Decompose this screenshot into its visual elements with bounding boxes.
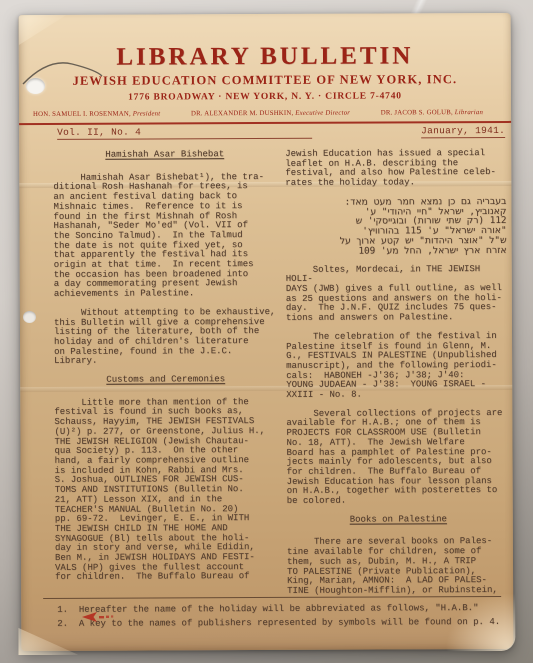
masthead: LIBRARY BULLETIN JEWISH EDUCATION COMMIT… (19, 13, 511, 103)
section-heading-customs: Customs and Ceremonies (54, 375, 277, 386)
right-column: Jewish Education has issued a special le… (285, 149, 510, 606)
bulletin-title: LIBRARY BULLETIN (19, 43, 511, 71)
section-heading-books: Books on Palestine (287, 515, 510, 526)
address-line: 1776 BROADWAY · NEW YORK, N. Y. · CIRCLE… (19, 91, 511, 103)
officer-name: DR. ALEXANDER M. DUSHKIN, (191, 110, 295, 117)
issue-line: Vol. II, No. 4 January, 1941. (57, 125, 505, 140)
footnote-2: 2. A key to the names of publishers repr… (57, 615, 503, 631)
document-paper: LIBRARY BULLETIN JEWISH EDUCATION COMMIT… (19, 13, 514, 651)
punch-hole-top (26, 78, 45, 94)
paragraph: Without attempting to be exhaustive, thi… (54, 308, 277, 367)
body-columns: Hamishah Asar Bishebat Hamishah Asar Bis… (53, 149, 510, 607)
red-pencil-mark (80, 610, 122, 624)
article-heading: Hamishah Asar Bishebat (53, 150, 276, 161)
punch-hole-bottom (23, 311, 36, 323)
paragraph: Little more than mention of the festival… (54, 398, 278, 583)
officer-name: HON. SAMUEL I. ROSENMAN, (33, 111, 133, 118)
officer-name: DR. JACOB S. GOLUB, (381, 109, 455, 116)
left-column: Hamishah Asar Bishebat Hamishah Asar Bis… (53, 150, 278, 607)
issue-date: January, 1941. (421, 125, 505, 138)
hebrew-paragraph: בעבריה גם כן נמצא חמר מעט מאד: קאנוביץ, … (285, 197, 508, 257)
officer-role: President (133, 110, 161, 117)
paragraph: Hamishah Asar Bishebat¹), the tra- ditio… (53, 173, 277, 300)
paragraph: There are several books on Pales- tine a… (287, 537, 510, 596)
paragraph: Several collections of projects are avai… (286, 409, 509, 507)
officer-role: Librarian (455, 109, 483, 116)
paragraph: Jewish Education has issued a special le… (285, 149, 508, 189)
paragraph: The celebration of the festival in Pales… (286, 332, 509, 401)
officer-role: Executive Director (295, 110, 350, 117)
officer-president: HON. SAMUEL I. ROSENMAN, President (33, 110, 160, 118)
organization-name: JEWISH EDUCATION COMMITTEE OF NEW YORK, … (19, 72, 511, 89)
volume-number: Vol. II, No. 4 (57, 126, 312, 140)
officers-row: HON. SAMUEL I. ROSENMAN, President DR. A… (33, 109, 483, 118)
paragraph: Soltes, Mordecai, in THE JEWISH HOLI- DA… (286, 265, 509, 324)
officer-librarian: DR. JACOB S. GOLUB, Librarian (381, 109, 483, 116)
officer-executive-director: DR. ALEXANDER M. DUSHKIN, Executive Dire… (191, 110, 350, 118)
